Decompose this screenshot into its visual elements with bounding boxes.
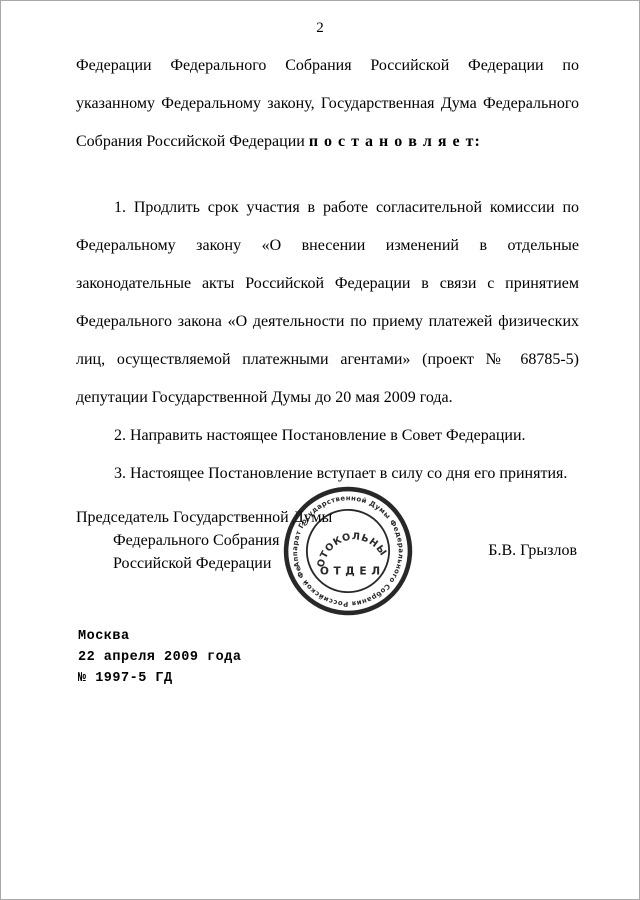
resolution-item-2: 2. Направить настоящее Постановление в С… <box>76 417 579 455</box>
footer-block: Москва 22 апреля 2009 года № 1997-5 ГД <box>78 626 241 689</box>
resolution-item-1: 1. Продлить срок участия в работе соглас… <box>76 189 579 417</box>
stamp-ring-text: Аппарат Государственной Думы Федеральног… <box>281 484 415 618</box>
footer-date: 22 апреля 2009 года <box>78 647 241 668</box>
protocol-department-stamp: Аппарат Государственной Думы Федеральног… <box>281 484 415 618</box>
signatory-name: Б.В. Грызлов <box>488 542 577 560</box>
footer-city: Москва <box>78 626 241 647</box>
document-body: Федерации Федерального Собрания Российск… <box>76 47 579 493</box>
stamp-outer-ring <box>281 484 415 618</box>
document-page: 2 Федерации Федерального Собрания Россий… <box>0 0 640 900</box>
page-number: 2 <box>1 20 639 37</box>
footer-number: № 1997-5 ГД <box>78 668 241 689</box>
intro-paragraph: Федерации Федерального Собрания Российск… <box>76 47 579 161</box>
stamp-center-text-line: ОТДЕЛ <box>320 564 385 577</box>
decree-word: п о с т а н о в л я е т: <box>309 133 481 150</box>
